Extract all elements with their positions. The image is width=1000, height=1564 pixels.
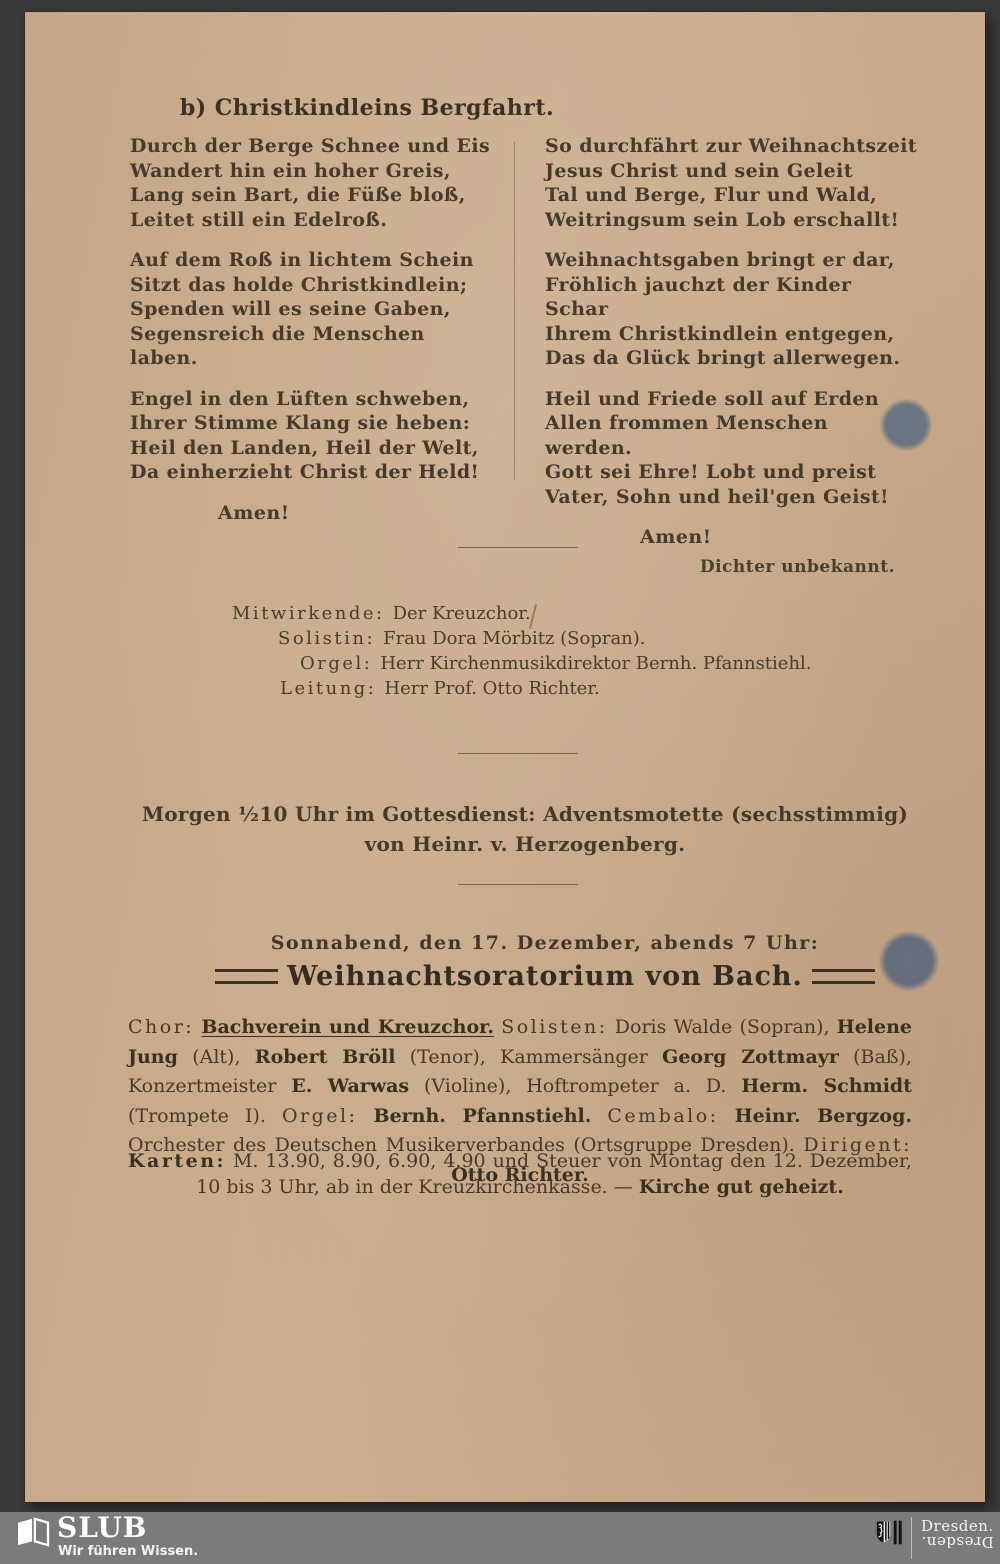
text-segment: Herm. Schmidt [741,1075,912,1097]
credits-block: Mitwirkende:Der Kreuzchor. Solistin:Frau… [130,601,850,701]
footer-divider-line [911,1517,912,1559]
poem-line: Jesus Christ und sein Geleit [545,159,917,184]
scan-viewport: b) Christkindleins Bergfahrt. Durch der … [0,0,1000,1564]
service-announcement: Morgen ½10 Uhr im Gottesdienst: Adventsm… [130,799,920,859]
poem-line: Ihrem Christkindlein entgegen, [545,322,917,347]
poem-stanza: So durchfährt zur WeihnachtszeitJesus Ch… [545,134,917,232]
poem-stanza: Auf dem Roß in lichtem ScheinSitzt das h… [130,248,498,371]
poem-line: Sitzt das holde Christkindlein; [130,273,498,298]
credit-value: Herr Prof. Otto Richter. [384,678,599,699]
poem-line: Durch der Berge Schnee und Eis [130,134,498,159]
credit-row: Leitung:Herr Prof. Otto Richter. [130,676,850,701]
concert-heading-row: Weihnachtsoratorium von Bach. [130,961,960,992]
footer-bar: SLUB Wir führen Wissen. Dresden. Dresden… [0,1512,1000,1564]
section-divider-3 [458,884,578,885]
poem-line: Wandert hin ein hoher Greis, [130,159,498,184]
heading-rule-right [812,969,875,984]
poem-line: Spenden will es seine Gaben, [130,297,498,322]
poem-line: Vater, Sohn und heil'gen Geist! [545,485,917,510]
text-segment: (Violine), Hoftrompeter a. D. [409,1075,741,1097]
credit-value: Frau Dora Mörbitz (Sopran). [383,628,645,649]
text-segment: Cembalo: [607,1105,718,1127]
slub-tagline: Wir führen Wissen. [58,1544,198,1559]
text-segment: Robert Bröll [255,1046,396,1068]
text-segment: Karten: [128,1150,226,1172]
credit-row: Mitwirkende:Der Kreuzchor. [130,601,850,626]
credit-row: Solistin:Frau Dora Mörbitz (Sopran). [130,626,850,651]
poem-line: Das da Glück bringt allerwegen. [545,346,917,371]
credit-row: Orgel:Herr Kirchenmusikdirektor Bernh. P… [130,651,850,676]
poem-line: Fröhlich jauchzt der Kinder Schar [545,273,917,322]
poem-stanza: Durch der Berge Schnee und EisWandert hi… [130,134,498,232]
dresden-wordmark-mirrored: Dresden. [921,1534,994,1550]
heading-rule-left [215,969,278,984]
credit-label: Leitung: [280,678,376,699]
ink-stain-bottom [879,931,939,991]
poem-stanza: Engel in den Lüften schweben,Ihrer Stimm… [130,387,498,485]
poem-column-right: So durchfährt zur WeihnachtszeitJesus Ch… [545,134,917,579]
column-divider-rule [514,142,515,480]
text-segment [357,1105,373,1127]
text-segment: Heinr. Bergzog. [735,1105,912,1127]
text-segment: Orgel: [282,1105,358,1127]
poem-column-left: Durch der Berge Schnee und EisWandert hi… [130,134,498,525]
dresden-wordmark-line: Dresden. [921,1518,994,1534]
poem-line: Segensreich die Menschen laben. [130,322,498,371]
poem-line: Allen frommen Menschen werden. [545,411,917,460]
poem-amen-left: Amen! [218,501,498,526]
text-segment: Bernh. Pfannstiehl. [374,1105,592,1127]
poem-line: Da einherzieht Christ der Held! [130,460,498,485]
poem-stanza: Heil und Friede soll auf ErdenAllen from… [545,387,917,510]
dresden-wordmark: Dresden. Dresden. [921,1518,994,1550]
poem-line: So durchfährt zur Weihnachtszeit [545,134,917,159]
concert-heading: Weihnachtsoratorium von Bach. [287,961,803,992]
section-divider-1 [458,547,578,548]
poem-line: Gott sei Ehre! Lobt und preist [545,460,917,485]
poem-line: Leitet still ein Edelroß. [130,208,498,233]
announcement-line-1: Morgen ½10 Uhr im Gottesdienst: Adventsm… [130,799,920,829]
poem-stanza: Weihnachtsgaben bringt er dar,Fröhlich j… [545,248,917,371]
dresden-coat-of-arms-icon [876,1520,903,1549]
text-segment: Bachverein und Kreuzchor. [201,1016,494,1038]
poem-line: Tal und Berge, Flur und Wald, [545,183,917,208]
credit-label: Orgel: [300,653,372,674]
section-divider-2 [458,753,578,754]
poem-line: Ihrer Stimme Klang sie heben: [130,411,498,436]
credit-label: Solistin: [278,628,375,649]
poem-amen-right: Amen! [640,525,917,550]
tickets-paragraph: Karten: M. 13.90, 8.90, 6.90, 4.90 und S… [128,1149,912,1200]
concert-date-line: Sonnabend, den 17. Dezember, abends 7 Uh… [130,932,960,954]
credit-value: Herr Kirchenmusikdirektor Bernh. Pfannst… [380,653,811,674]
ink-stain-top [880,399,932,451]
text-segment [591,1105,607,1127]
announcement-line-2: von Heinr. v. Herzogenberg. [130,829,920,859]
text-segment: Solisten: [501,1016,607,1038]
poem-line: Auf dem Roß in lichtem Schein [130,248,498,273]
text-segment: (Trompete I). [128,1105,282,1127]
text-segment: Georg Zottmayr [662,1046,839,1068]
poem-line: Lang sein Bart, die Füße bloß, [130,183,498,208]
open-book-icon [16,1517,50,1551]
poem-line: Weihnachtsgaben bringt er dar, [545,248,917,273]
text-segment: Kirche gut geheizt. [639,1176,844,1198]
text-segment: Doris Walde (Sopran), [608,1016,837,1038]
text-segment: E. Warwas [291,1075,409,1097]
poem-line: Weitringsum sein Lob erschallt! [545,208,917,233]
poem-author: Dichter unbekannt. [545,555,917,580]
text-segment: (Tenor), Kammersänger [395,1046,662,1068]
text-segment: Chor: [128,1016,194,1038]
credit-label: Mitwirkende: [232,603,385,624]
text-segment [719,1105,735,1127]
poem-line: Heil den Landen, Heil der Welt, [130,436,498,461]
poem-line: Heil und Friede soll auf Erden [545,387,917,412]
poem-title: b) Christkindleins Bergfahrt. [157,95,577,121]
slub-wordmark: SLUB [57,1511,147,1544]
poem-line: Engel in den Lüften schweben, [130,387,498,412]
credit-value: Der Kreuzchor. [393,603,531,624]
text-segment: (Alt), [178,1046,255,1068]
